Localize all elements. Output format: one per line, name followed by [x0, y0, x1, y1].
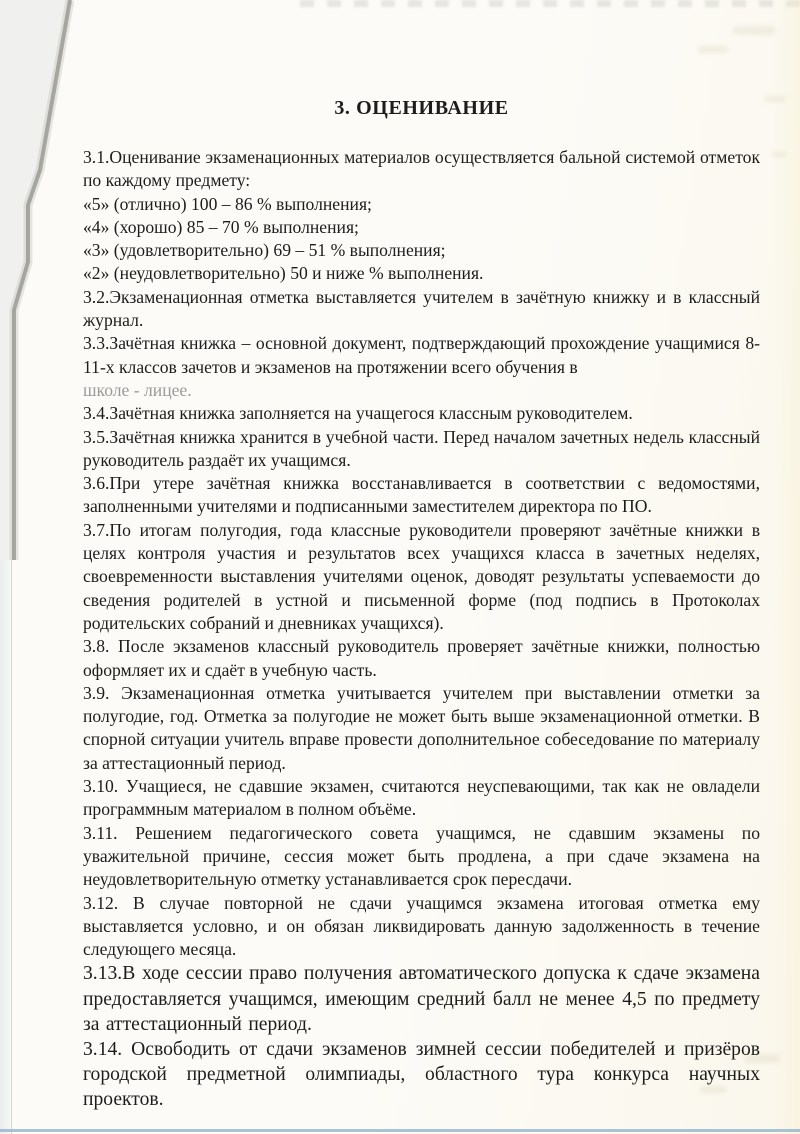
paragraph-3-8: 3.8. После экзаменов классный руководите… — [83, 635, 760, 682]
grade-line-5: «5» (отлично) 100 – 86 % выполнения; — [83, 193, 760, 216]
paragraph-3-12: 3.12. В случае повторной не сдачи учащим… — [83, 892, 760, 962]
paragraph-3-2: 3.2.Экзаменационная отметка выставляется… — [83, 286, 760, 333]
paragraph-3-5: 3.5.Зачётная книжка хранится в учебной ч… — [83, 426, 760, 473]
grade-line-2: «2» (неудовлетворительно) 50 и ниже % вы… — [83, 262, 760, 285]
right-margin-tint — [772, 0, 800, 1134]
paragraph-3-3: 3.3.Зачётная книжка – основной документ,… — [83, 332, 760, 379]
paragraph-3-10: 3.10. Учащиеся, не сдавшие экзамен, счит… — [83, 775, 760, 822]
paragraph-3-4: 3.4.Зачётная книжка заполняется на учаще… — [83, 402, 760, 425]
ink-bleed-mark — [764, 96, 786, 102]
paragraph-3-3-faded-line: школе - лицее. — [83, 379, 760, 402]
paragraph-3-11: 3.11. Решением педагогического совета уч… — [83, 822, 760, 892]
paragraph-3-14: 3.14. Освободить от сдачи экзаменов зимн… — [83, 1037, 760, 1113]
paragraph-3-1: 3.1.Оценивание экзаменационных материало… — [83, 146, 760, 193]
ink-bleed-mark — [772, 152, 787, 157]
paragraph-3-13: 3.13.В ходе сессии право получения автом… — [83, 961, 760, 1037]
paragraph-3-9: 3.9. Экзаменационная отметка учитывается… — [83, 682, 760, 775]
grade-line-4: «4» (хорошо) 85 – 70 % выполнения; — [83, 216, 760, 239]
scanned-document-page: 3. ОЦЕНИВАНИЕ 3.1.Оценивание экзаменацио… — [0, 0, 800, 1134]
paragraph-3-6: 3.6.При утере зачётная книжка восстанавл… — [83, 472, 760, 519]
section-title: 3. ОЦЕНИВАНИЕ — [83, 97, 760, 120]
grade-line-3: «3» (удовлетворительно) 69 – 51 % выполн… — [83, 239, 760, 262]
bottom-scan-line — [0, 1129, 800, 1132]
paragraph-3-7: 3.7.По итогам полугодия, года классные р… — [83, 519, 760, 635]
document-body: 3. ОЦЕНИВАНИЕ 3.1.Оценивание экзаменацио… — [83, 0, 760, 1113]
